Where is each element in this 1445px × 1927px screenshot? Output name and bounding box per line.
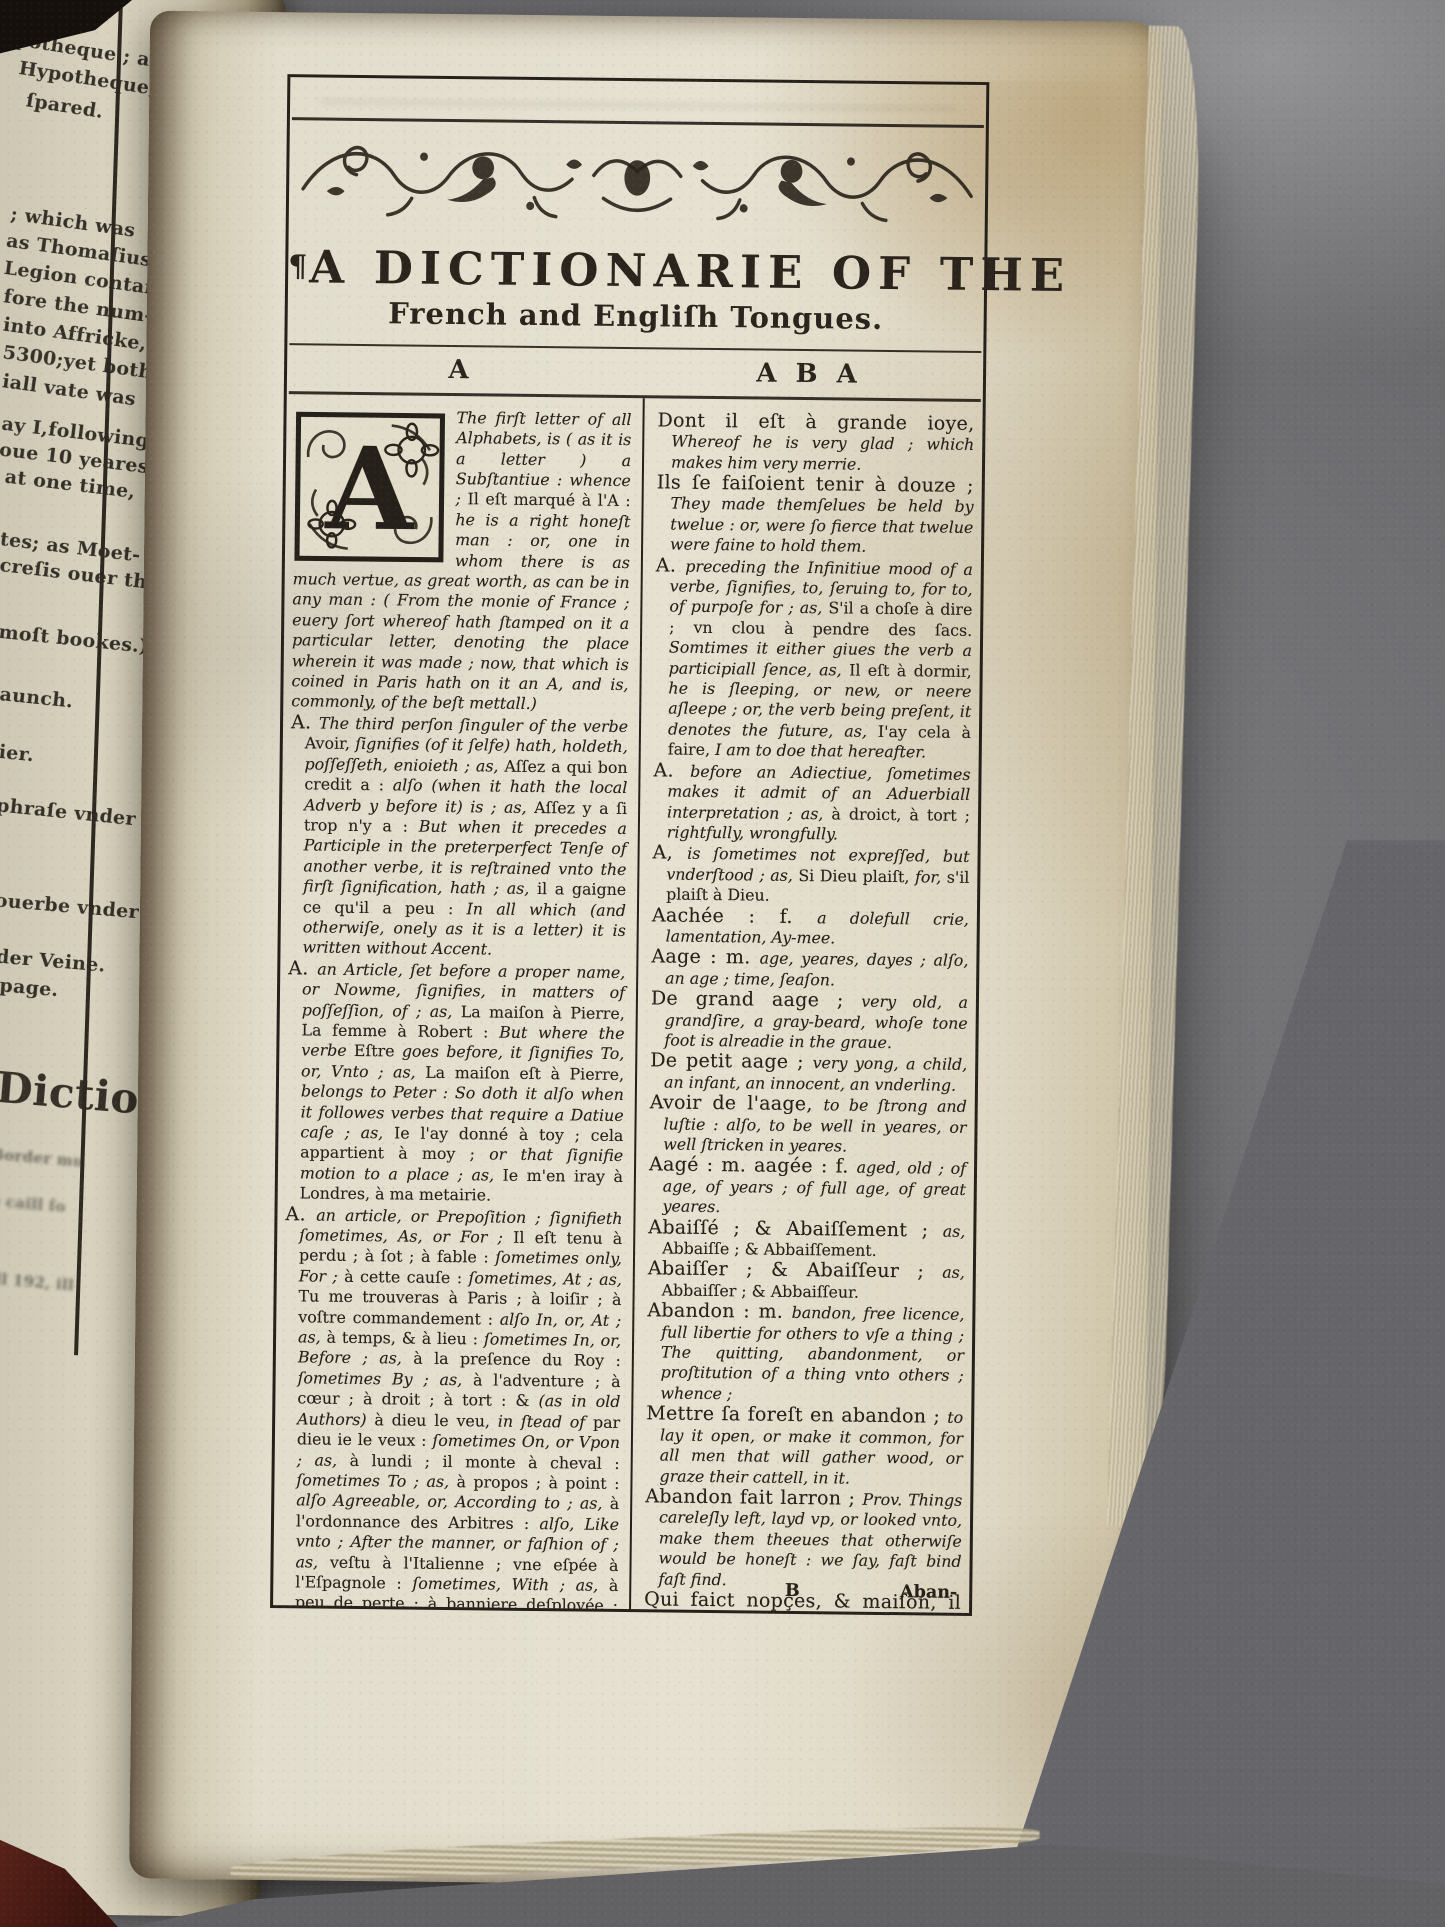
headword-text: à lundi ; il monte à cheval : — [350, 1450, 620, 1472]
left-page-fragment: e caill ſo — [0, 1192, 67, 1216]
headword-text: Abbaiſſe ; & Abbaiſſement. — [662, 1238, 877, 1259]
right-page: ¶A DICTIONARIE OF THE French and Engliſh… — [129, 11, 1162, 1890]
gloss-text: in ſtead of — [498, 1411, 593, 1431]
gloss-text: They made themſelues be held by twelue :… — [670, 494, 974, 556]
dictionary-entry: A. an Article, ſet before a proper name,… — [286, 958, 626, 1208]
headword-text: à dieu le veu, — [374, 1410, 498, 1430]
headword-text: Ils ſe faiſoient tenir à douze ; — [657, 471, 974, 497]
gloss-text: as, — [942, 1263, 965, 1282]
headword-text: A. — [288, 957, 317, 979]
dictionary-entry: De petit aage ; very yong, a child, an i… — [650, 1051, 967, 1096]
gloss-text: The third perſon ſinguler of the verbe — [319, 713, 628, 736]
headword-text: à propos ; à point : — [456, 1472, 619, 1493]
running-head-right: A B A — [635, 357, 983, 391]
dictionary-entry: Dont il eſt à grande ioye, Whereof he is… — [657, 410, 975, 476]
headword-text: A. — [653, 759, 690, 781]
gloss-text: ſometimes, With ; as, — [412, 1574, 609, 1595]
catchword: Aban- — [900, 1582, 957, 1603]
headword-text: Abandon : m. — [647, 1300, 792, 1324]
running-heads: A A B A — [287, 345, 983, 399]
headword-text: à la preſence du Roy : — [413, 1349, 621, 1370]
dictionary-entry: De grand aage ; very old, a grandſire, a… — [650, 988, 968, 1054]
signature-row: B Aban- — [631, 1579, 965, 1605]
dictionary-entry: A. an article, or Prepoſition ; ſignifie… — [280, 1204, 623, 1613]
headword-text: A, — [652, 842, 687, 864]
running-head-left: A — [287, 353, 635, 387]
gloss-text: ſometimes By ; as, — [298, 1368, 474, 1389]
headword-text: De grand aage ; — [651, 987, 862, 1011]
gloss-text: ſometimes To ; as, — [296, 1470, 456, 1491]
signature-mark: B — [785, 1581, 800, 1602]
dictionary-entry: Abandon : m. bandon, free licence, full … — [646, 1301, 964, 1408]
left-page-fragment: aunch. — [0, 683, 74, 712]
headword-text: à droict, à tort ; — [831, 804, 970, 825]
headword-text: Avoir, — [305, 734, 356, 754]
headword-text: Avoir de l'aage, — [650, 1091, 824, 1115]
left-page-fragment: ouerbe vnder — [0, 889, 140, 923]
gloss-text: rightfully, wrongfully. — [667, 822, 838, 843]
gloss-text: for, — [915, 867, 947, 886]
dictionary-entry: A. The third perſon ſinguler of the verb… — [288, 712, 628, 962]
drop-cap-woodcut-initial-A: A — [293, 410, 447, 564]
dictionary-entry: Aagé : m. aagée : f. aged, old ; of age,… — [648, 1155, 966, 1221]
headword-text: A. — [285, 1203, 316, 1225]
headword-text: Abbaiſſer ; & Abbaiſſeur. — [662, 1280, 860, 1301]
left-page-fragment: moſt bookes.) — [0, 621, 150, 658]
dictionary-entry: Abandon fait larron ; Prov. Things carel… — [644, 1486, 962, 1593]
left-page-fragment: phraſe vnder — [0, 794, 137, 830]
headword-text: Abandon fait larron ; — [645, 1485, 862, 1509]
gloss-text: I am to doe that hereafter. — [715, 740, 926, 761]
headword-text: Aagé : m. aagée : f. — [649, 1154, 857, 1178]
headword-text: Abaiſſer ; & Abaiſſeur ; — [648, 1258, 943, 1283]
left-page-fragment: ill 192, ill — [0, 1269, 75, 1294]
headword-text: Si Dieu plaiſt, — [798, 866, 915, 886]
dictionary-entry: A. before an Adiectiue, ſometimes makes … — [653, 760, 971, 846]
dictionary-entry: A. preceding the Infinitiue mood of a ve… — [654, 555, 973, 764]
book-photo: potheque ; asHypotheque,ſpared.; which w… — [0, 0, 1445, 1927]
headpiece-woodcut — [297, 130, 978, 234]
left-page-fragment: Dictio- — [0, 1063, 159, 1125]
printed-border-frame: ¶A DICTIONARIE OF THE French and Engliſh… — [270, 74, 989, 1616]
dictionary-entry: A, is ſometimes not expreſſed, but vnder… — [652, 843, 970, 909]
headword-text: A. — [291, 711, 319, 733]
gloss-text: ſometimes, At ; as, — [468, 1268, 621, 1289]
dictionary-entry: Abaiſſer ; & Abaiſſeur ; as, Abbaiſſer ;… — [648, 1259, 965, 1304]
headword-text: A. — [656, 554, 686, 576]
headword-text: à temps, & à lieu : — [326, 1328, 484, 1349]
headword-text: à cette cauſe : — [344, 1267, 469, 1287]
text-columns: A The firſt letter of all Alphabets, is … — [273, 394, 983, 1613]
left-page-fragment: ier. — [0, 741, 35, 766]
dictionary-entry: Mettre ſa foreſt en abandon ; to lay it … — [645, 1404, 963, 1490]
gloss-text: alſo Agreeable, or, According to ; as, — [296, 1491, 610, 1514]
headword-text: Eſtre — [354, 1041, 402, 1061]
dictionary-entry: Aachée : f. a dolefull crie, lamentation… — [652, 905, 969, 950]
dictionary-entry: Avoir de l'aage, to be ſtrong and luſtie… — [649, 1092, 967, 1158]
left-page-fragment: page. — [0, 974, 59, 1001]
left-page-fragment: ſpared. — [25, 89, 105, 123]
headword-text: Dont il eſt à grande ioye, — [657, 409, 974, 435]
pilcrow-mark: ¶ — [288, 249, 307, 284]
headword-text: Aachée : f. — [652, 904, 818, 928]
dictionary-entry: Aage : m. age, yeares, dayes ; alſo, an … — [651, 947, 968, 992]
headword-text: Il eſt à dormir, — [849, 660, 972, 680]
right-column: B Aban- Dont il eſt à grande ioye, Where… — [629, 398, 983, 1613]
headword-text: Mettre ſa foreſt en abandon ; — [646, 1403, 947, 1428]
svg-text:A: A — [324, 421, 417, 556]
gloss-text: Whereof he is very glad ; which makes hi… — [671, 432, 974, 474]
left-column: A The firſt letter of all Alphabets, is … — [273, 394, 643, 1609]
headword-text: Abaiſſé ; & Abaiſſement ; — [648, 1216, 943, 1241]
gloss-text: as, — [943, 1221, 966, 1240]
dictionary-entry: Ils ſe faiſoient tenir à douze ; They ma… — [656, 472, 974, 558]
headword-text: Il eſt marqué à l'A : — [467, 490, 630, 511]
title-block: ¶A DICTIONARIE OF THE French and Engliſh… — [287, 226, 984, 351]
headword-text: La maiſon eſt à Pierre, — [425, 1063, 624, 1084]
page-title: ¶A DICTIONARIE OF THE — [288, 240, 985, 301]
left-page-fragment: Border mu — [0, 1145, 85, 1171]
headword-text: De petit aage ; — [650, 1050, 813, 1074]
headword-text: Aage : m. — [651, 946, 759, 969]
dictionary-entry: Abaiſſé ; & Abaiſſement ; as, Abbaiſſe ;… — [648, 1217, 965, 1262]
